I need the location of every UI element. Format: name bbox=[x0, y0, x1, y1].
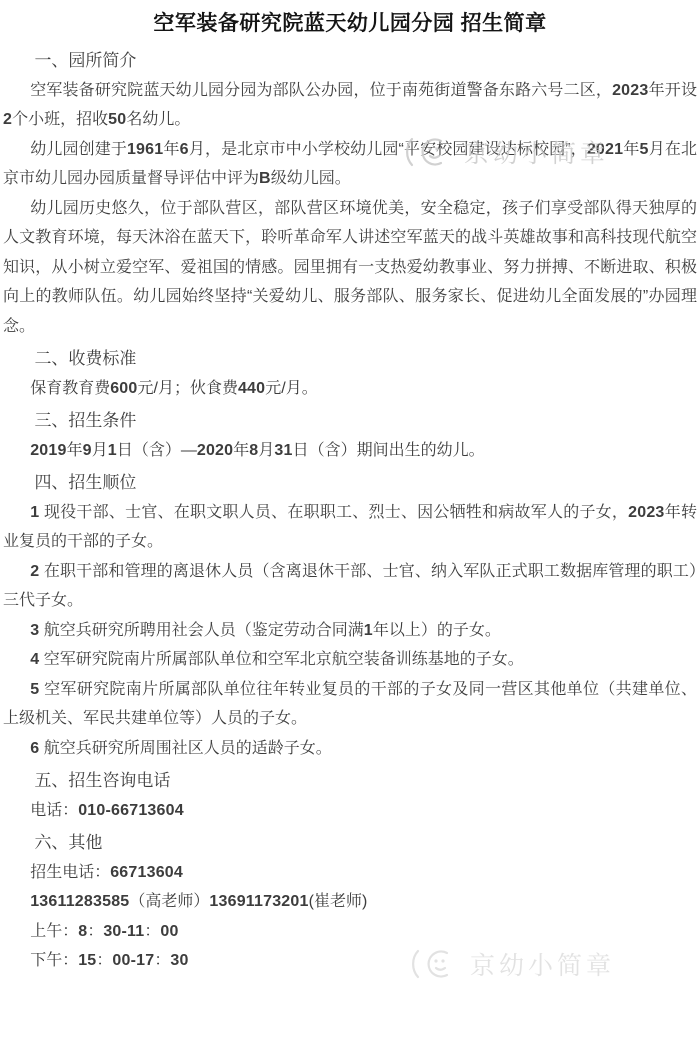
paragraph: 2019年9月1日（含）—2020年8月31日（含）期间出生的幼儿。 bbox=[3, 436, 697, 466]
section-heading: 一、园所简介 bbox=[3, 46, 697, 76]
section-heading: 四、招生顺位 bbox=[3, 468, 697, 498]
priority-item: 6 航空兵研究所周围社区人员的适龄子女。 bbox=[3, 734, 697, 764]
hours-line: 上午：8：30-11：00 bbox=[3, 917, 697, 947]
paragraph: 保育教育费600元/月；伙食费440元/月。 bbox=[3, 374, 697, 404]
priority-item: 2 在职干部和管理的离退休人员（含离退休干部、士官、纳入军队正式职工数据库管理的… bbox=[3, 557, 697, 616]
phone-line: 电话：010-66713604 bbox=[3, 796, 697, 826]
section-eligibility: 三、招生条件 2019年9月1日（含）—2020年8月31日（含）期间出生的幼儿… bbox=[3, 406, 697, 465]
section-intro: 一、园所简介 空军装备研究院蓝天幼儿园分园为部队公办园，位于南苑街道警备东路六号… bbox=[3, 46, 697, 341]
paragraph: 幼儿园创建于1961年6月，是北京市中小学校幼儿园“平安校园建设达标校园”，20… bbox=[3, 135, 697, 194]
priority-item: 5 空军研究院南片所属部队单位往年转业复员的干部的子女及同一营区其他单位（共建单… bbox=[3, 675, 697, 734]
phone-line: 招生电话：66713604 bbox=[3, 858, 697, 888]
priority-item: 4 空军研究院南片所属部队单位和空军北京航空装备训练基地的子女。 bbox=[3, 645, 697, 675]
section-heading: 五、招生咨询电话 bbox=[3, 766, 697, 796]
section-other: 六、其他 招生电话：66713604 13611283585（高老师）13691… bbox=[3, 828, 697, 976]
section-consult-phone: 五、招生咨询电话 电话：010-66713604 bbox=[3, 766, 697, 825]
hours-line: 下午：15：00-17：30 bbox=[3, 946, 697, 976]
section-heading: 二、收费标准 bbox=[3, 344, 697, 374]
section-fees: 二、收费标准 保育教育费600元/月；伙食费440元/月。 bbox=[3, 344, 697, 403]
document-page: 空军装备研究院蓝天幼儿园分园 招生简章 一、园所简介 空军装备研究院蓝天幼儿园分… bbox=[0, 0, 700, 1049]
section-heading: 三、招生条件 bbox=[3, 406, 697, 436]
section-priority-order: 四、招生顺位 1 现役干部、士官、在职文职人员、在职职工、烈士、因公牺牲和病故军… bbox=[3, 468, 697, 763]
priority-item: 3 航空兵研究所聘用社会人员（鉴定劳动合同满1年以上）的子女。 bbox=[3, 616, 697, 646]
document-title: 空军装备研究院蓝天幼儿园分园 招生简章 bbox=[3, 8, 697, 40]
section-heading: 六、其他 bbox=[3, 828, 697, 858]
priority-item: 1 现役干部、士官、在职文职人员、在职职工、烈士、因公牺牲和病故军人的子女，20… bbox=[3, 498, 697, 557]
paragraph: 空军装备研究院蓝天幼儿园分园为部队公办园，位于南苑街道警备东路六号二区，2023… bbox=[3, 76, 697, 135]
paragraph: 幼儿园历史悠久，位于部队营区，部队营区环境优美，安全稳定，孩子们享受部队得天独厚… bbox=[3, 194, 697, 342]
phone-line: 13611283585（高老师）13691173201(崔老师) bbox=[3, 887, 697, 917]
